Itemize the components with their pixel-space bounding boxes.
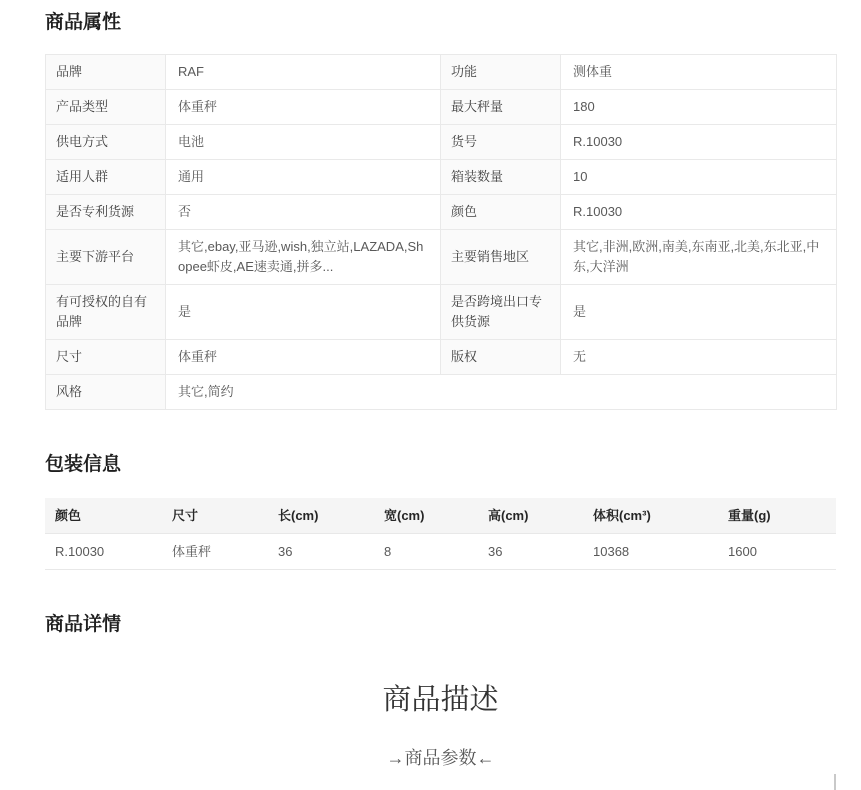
attr-value: 体重秤 xyxy=(166,340,441,375)
product-detail-page: 商品属性 品牌 RAF 功能 测体重 产品类型 体重秤 最大秤量 180 xyxy=(0,0,861,790)
pkg-cell: 1600 xyxy=(718,534,836,570)
attr-label: 产品类型 xyxy=(46,90,166,125)
attr-value: 其它,非洲,欧洲,南美,东南亚,北美,东北亚,中东,大洋洲 xyxy=(561,230,837,285)
table-row: 是否专利货源 否 颜色 R.10030 xyxy=(46,195,837,230)
attr-label: 尺寸 xyxy=(46,340,166,375)
attr-label: 有可授权的自有品牌 xyxy=(46,285,166,340)
pkg-header-cell: 体积(cm³) xyxy=(583,498,718,534)
pkg-header-cell: 尺寸 xyxy=(162,498,268,534)
table-row: R.10030 体重秤 36 8 36 10368 1600 xyxy=(45,534,836,570)
pkg-cell: 8 xyxy=(374,534,478,570)
attr-label: 是否跨境出口专供货源 xyxy=(441,285,561,340)
attr-value: 电池 xyxy=(166,125,441,160)
packaging-section-title: 包装信息 xyxy=(45,454,836,476)
table-row: 产品类型 体重秤 最大秤量 180 xyxy=(46,90,837,125)
attr-value: 其它,ebay,亚马逊,wish,独立站,LAZADA,Shopee虾皮,AE速… xyxy=(166,230,441,285)
attr-value: 其它,简约 xyxy=(166,375,441,410)
attr-empty-cell xyxy=(441,375,837,410)
table-row: 有可授权的自有品牌 是 是否跨境出口专供货源 是 xyxy=(46,285,837,340)
packaging-table: 颜色 尺寸 长(cm) 宽(cm) 高(cm) 体积(cm³) 重量(g) R.… xyxy=(45,498,836,570)
attr-label: 货号 xyxy=(441,125,561,160)
attr-label: 品牌 xyxy=(46,55,166,90)
attr-label: 主要销售地区 xyxy=(441,230,561,285)
attr-value: 测体重 xyxy=(561,55,837,90)
attr-label: 版权 xyxy=(441,340,561,375)
pkg-header-cell: 长(cm) xyxy=(268,498,374,534)
attr-value: 无 xyxy=(561,340,837,375)
attr-value: RAF xyxy=(166,55,441,90)
attr-value: R.10030 xyxy=(561,195,837,230)
pkg-header-cell: 宽(cm) xyxy=(374,498,478,534)
pkg-header-cell: 重量(g) xyxy=(718,498,836,534)
table-row: 主要下游平台 其它,ebay,亚马逊,wish,独立站,LAZADA,Shope… xyxy=(46,230,837,285)
attributes-section: 商品属性 品牌 RAF 功能 测体重 产品类型 体重秤 最大秤量 180 xyxy=(45,12,836,410)
pkg-header-cell: 高(cm) xyxy=(478,498,583,534)
details-section: 商品详情 商品描述 →商品参数← xyxy=(45,614,836,770)
pkg-header-cell: 颜色 xyxy=(45,498,162,534)
attr-label: 颜色 xyxy=(441,195,561,230)
details-section-title: 商品详情 xyxy=(45,614,836,636)
pkg-cell: 10368 xyxy=(583,534,718,570)
table-header-row: 颜色 尺寸 长(cm) 宽(cm) 高(cm) 体积(cm³) 重量(g) xyxy=(45,498,836,534)
pkg-cell: 体重秤 xyxy=(162,534,268,570)
attr-label: 最大秤量 xyxy=(441,90,561,125)
table-row: 风格 其它,简约 xyxy=(46,375,837,410)
attr-value: 通用 xyxy=(166,160,441,195)
table-row: 供电方式 电池 货号 R.10030 xyxy=(46,125,837,160)
details-description-heading: 商品描述 xyxy=(45,680,836,720)
scrollbar-thumb[interactable] xyxy=(834,774,836,790)
table-row: 尺寸 体重秤 版权 无 xyxy=(46,340,837,375)
attr-value: 体重秤 xyxy=(166,90,441,125)
attr-label: 是否专利货源 xyxy=(46,195,166,230)
attributes-section-title: 商品属性 xyxy=(45,12,836,34)
attr-label: 功能 xyxy=(441,55,561,90)
attr-label: 供电方式 xyxy=(46,125,166,160)
attr-label: 主要下游平台 xyxy=(46,230,166,285)
table-row: 品牌 RAF 功能 测体重 xyxy=(46,55,837,90)
attr-label: 适用人群 xyxy=(46,160,166,195)
attr-value: 是 xyxy=(166,285,441,340)
pkg-cell: 36 xyxy=(478,534,583,570)
packaging-section: 包装信息 颜色 尺寸 长(cm) 宽(cm) 高(cm) 体积(cm³) 重量(… xyxy=(45,454,836,570)
attributes-table: 品牌 RAF 功能 测体重 产品类型 体重秤 最大秤量 180 供电方式 电池 … xyxy=(45,54,837,410)
attr-label: 风格 xyxy=(46,375,166,410)
attr-value: 180 xyxy=(561,90,837,125)
details-params-heading: →商品参数← xyxy=(45,746,836,770)
pkg-cell: 36 xyxy=(268,534,374,570)
attr-value: R.10030 xyxy=(561,125,837,160)
attr-value: 是 xyxy=(561,285,837,340)
table-row: 适用人群 通用 箱装数量 10 xyxy=(46,160,837,195)
attr-value: 10 xyxy=(561,160,837,195)
attr-value: 否 xyxy=(166,195,441,230)
attr-label: 箱装数量 xyxy=(441,160,561,195)
pkg-cell: R.10030 xyxy=(45,534,162,570)
